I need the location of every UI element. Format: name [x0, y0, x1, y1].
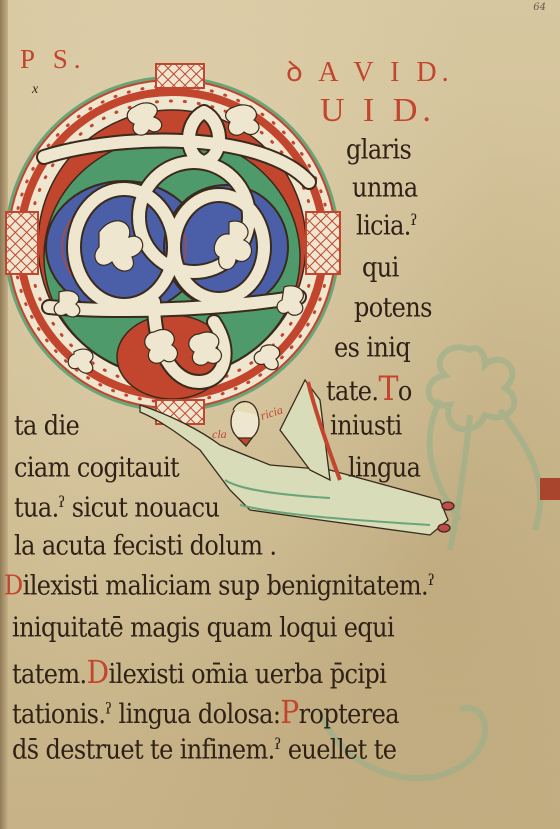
- rubricated-initial: P: [280, 694, 298, 731]
- text-fragment: ropterea: [299, 698, 399, 729]
- text-line-left: ciam cogitauit: [14, 452, 179, 483]
- rubricated-initial: T: [378, 370, 397, 409]
- figure-label-right: ricia: [259, 403, 285, 423]
- text-line: potens: [354, 292, 432, 323]
- text-line-right: lingua: [348, 452, 420, 483]
- text-line: Dilexisti maliciam sup benignitatem.ˀ: [4, 570, 434, 601]
- text-line: tate.To: [326, 370, 412, 409]
- text-line: iniquitatē magis quam loqui equi: [12, 612, 394, 643]
- text-fragment: o: [398, 376, 412, 407]
- text-fragment: tate.: [326, 376, 378, 407]
- text-line-left: tua.ˀ sicut nouacu: [14, 492, 219, 523]
- text-fragment: ilexisti om̄ia uerba p̄cipi: [108, 658, 386, 689]
- text-line: es iniq: [334, 332, 410, 363]
- figure-label-left: cla: [212, 427, 227, 441]
- text-line: tatem.Dilexisti om̄ia uerba p̄cipi: [12, 654, 386, 691]
- text-line-right: iniusti: [330, 410, 402, 441]
- text-line: tationis.ˀ lingua dolosa:Propterea: [12, 694, 399, 731]
- text-fragment: tatem.: [12, 658, 87, 689]
- text-line-left: ta die: [14, 410, 79, 441]
- folio-number: 64: [533, 2, 546, 13]
- text-line: licia.ˀ: [356, 210, 417, 241]
- text-line-left: la acuta fecisti dolum .: [14, 530, 276, 561]
- text-fragment: tationis.ˀ lingua dolosa:: [12, 698, 280, 729]
- text-line: glaris: [346, 134, 411, 165]
- text-line: unma: [352, 172, 418, 203]
- manuscript-page: 64 P S. x ꝺ A V I D. U I D.: [0, 0, 560, 829]
- text-line: qui: [362, 252, 399, 283]
- rubricated-initial: D: [4, 570, 23, 601]
- text-line: ds̄ destruet te infinem.ˀ euellet te: [12, 734, 396, 765]
- text-fragment: ilexisti maliciam sup benignitatem.ˀ: [23, 570, 435, 601]
- page-tab-marker: [540, 478, 560, 500]
- rubricated-initial: D: [87, 654, 109, 691]
